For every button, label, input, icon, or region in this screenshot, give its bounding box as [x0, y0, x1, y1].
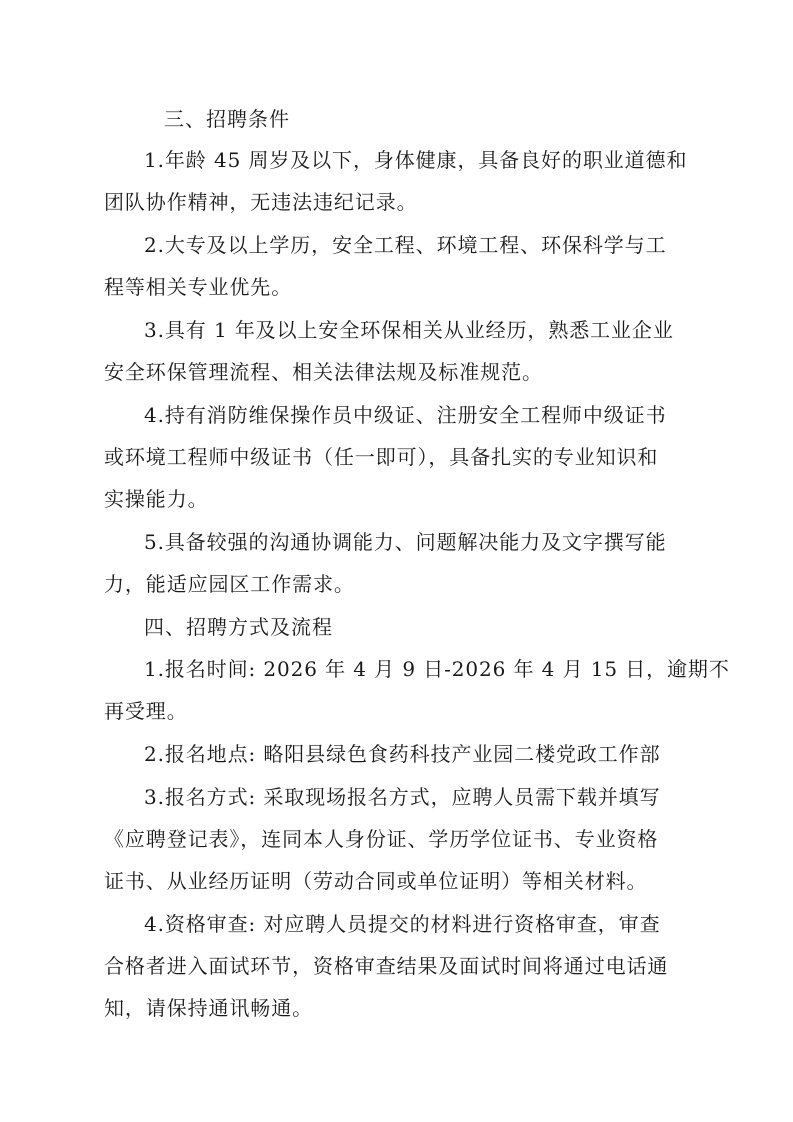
process-3-line-1: 3.报名方式: 采取现场报名方式，应聘人员需下载并填写 — [144, 776, 660, 818]
condition-3-line-2: 安全环保管理流程、相关法律法规及标准规范。 — [104, 351, 543, 393]
process-4-line-1: 4.资格审查: 对应聘人员提交的材料进行资格审查，审查 — [144, 903, 660, 945]
condition-4-line-2: 或环境工程师中级证书（任一即可），具备扎实的专业知识和 — [104, 436, 658, 478]
process-3-line-3: 证书、从业经历证明（劳动合同或单位证明）等相关材料。 — [104, 860, 647, 902]
condition-2-line-2: 程等相关专业优先。 — [104, 266, 292, 308]
process-4-line-2: 合格者进入面试环节，资格审查结果及面试时间将通过电话通 — [104, 945, 668, 987]
condition-1-line-1: 1.年龄 45 周岁及以下，身体健康，具备良好的职业道德和 — [144, 139, 687, 181]
condition-4-line-1: 4.持有消防维保操作员中级证、注册安全工程师中级证书 — [144, 394, 666, 436]
condition-2-line-1: 2.大专及以上学历，安全工程、环境工程、环保科学与工 — [144, 224, 666, 266]
process-1-line-2: 再受理。 — [104, 690, 188, 732]
process-4-line-3: 知，请保持通讯畅通。 — [104, 987, 313, 1029]
process-2-line-1: 2.报名地点: 略阳县绿色食药科技产业园二楼党政工作部 — [144, 733, 660, 775]
condition-5-line-1: 5.具备较强的沟通协调能力、问题解决能力及文字撰写能 — [144, 521, 666, 563]
condition-4-line-3: 实操能力。 — [104, 478, 209, 520]
process-3-line-2: 《应聘登记表》，连同本人身份证、学历学位证书、专业资格 — [104, 818, 658, 860]
section-heading-recruitment-conditions: 三、招聘条件 — [164, 98, 290, 140]
condition-5-line-2: 力，能适应园区工作需求。 — [104, 563, 355, 605]
process-1-line-1: 1.报名时间: 2026 年 4 月 9 日-2026 年 4 月 15 日，逾… — [144, 648, 730, 690]
section-heading-recruitment-process: 四、招聘方式及流程 — [144, 606, 333, 648]
condition-1-line-2: 团队协作精神，无违法违纪记录。 — [104, 181, 418, 223]
condition-3-line-1: 3.具有 1 年及以上安全环保相关从业经历，熟悉工业企业 — [144, 309, 674, 351]
